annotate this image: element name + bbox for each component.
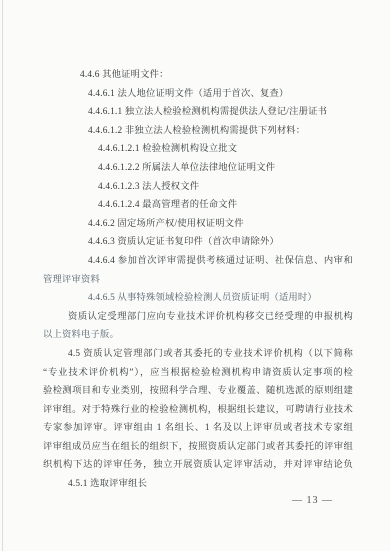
doc-line-4-4-6: 4.4.6 其他证明文件：	[43, 66, 353, 85]
doc-paragraph-transfer-line-1: 资质认定受理部门应向专业技术评价机构移交已经受理的申报机构	[43, 308, 353, 327]
doc-line-4-4-6-1-2-3: 4.4.6.1.2.3 法人授权文件	[43, 178, 353, 197]
doc-line-4-4-6-3: 4.4.6.3 资质认定证书复印件（首次申请除外）	[43, 233, 353, 252]
doc-line-4-4-6-4: 4.4.6.4 参加首次评审需提供考核通过证明、社保信息、内审和	[43, 252, 353, 271]
doc-line-4-5-line-7: 织机构下达的评审任务，独立开展资质认定评审活动，并对评审结论负责。	[43, 456, 353, 475]
doc-line-4-5-line-2: “专业技术评价机构”），应当根据检验检测机构申请资质认定事项的检	[43, 364, 353, 383]
doc-line-4-5-line-5: 专家参加评审。评审组由 1 名组长、1 名及以上评审员或者技术专家组成。	[43, 419, 353, 438]
doc-line-4-4-6-1: 4.4.6.1 法人地位证明文件（适用于首次、复查）	[43, 85, 353, 104]
doc-line-4-5-line-6: 评审组成员应当在组长的组织下，按照资质认定部门或者其委托的评审组	[43, 438, 353, 457]
doc-line-4-4-6-1-2-2: 4.4.6.1.2.2 所属法人单位法律地位证明文件	[43, 159, 353, 178]
doc-line-4-4-6-2: 4.4.6.2 固定场所产权/使用权证明文件	[43, 215, 353, 234]
doc-line-4-4-6-4-cont: 管理评审资料	[43, 271, 353, 290]
doc-line-4-4-6-5: 4.4.6.5 从事特殊领域检验检测人员资质证明（适用时）	[43, 289, 353, 308]
page-number: — 13 —	[292, 494, 333, 508]
doc-paragraph-transfer-line-2: 以上资料电子版。	[43, 326, 353, 345]
doc-line-4-4-6-1-1: 4.4.6.1.1 独立法人检验检测机构需提供法人登记/注册证书	[43, 103, 353, 122]
doc-line-4-5-line-4: 评审组。对于特殊行业的检验检测机构，根据组长建议，可聘请行业技术	[43, 401, 353, 420]
document-body: 4.4.6 其他证明文件： 4.4.6.1 法人地位证明文件（适用于首次、复查）…	[43, 66, 353, 494]
doc-line-4-4-6-1-2-4: 4.4.6.1.2.4 最高管理者的任命文件	[43, 196, 353, 215]
doc-line-4-5-line-1: 4.5 资质认定管理部门或者其委托的专业技术评价机构（以下简称	[43, 345, 353, 364]
doc-line-4-4-6-1-2-1: 4.4.6.1.2.1 检验检测机构设立批文	[43, 140, 353, 159]
doc-line-4-5-line-3: 验检测项目和专业类别，按照科学合理、专业覆盖、随机选派的原则组建	[43, 382, 353, 401]
document-page: 4.4.6 其他证明文件： 4.4.6.1 法人地位证明文件（适用于首次、复查）…	[0, 0, 390, 551]
doc-line-4-4-6-1-2: 4.4.6.1.2 非独立法人检验检测机构需提供下列材料：	[43, 122, 353, 141]
doc-line-4-5-1: 4.5.1 选取评审组长	[43, 475, 353, 494]
page-edge-line	[2, 0, 3, 551]
